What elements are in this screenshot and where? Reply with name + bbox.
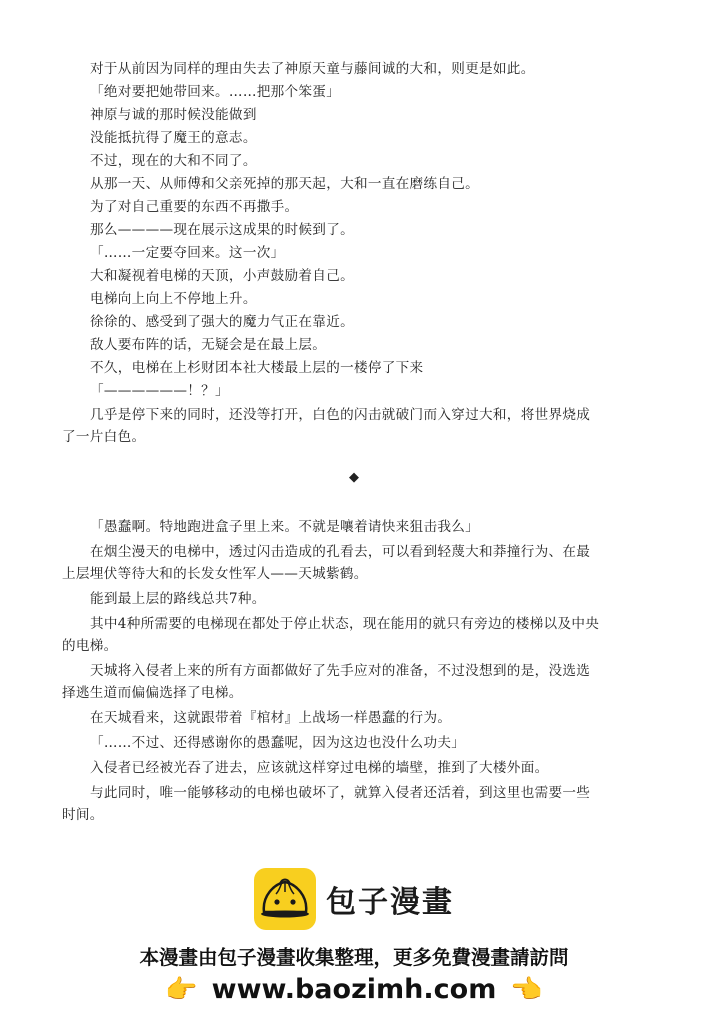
paragraph: 徐徐的、感受到了强大的魔力气正在靠近。	[62, 311, 602, 333]
pointing-right-hand-icon: 👉	[165, 975, 197, 1005]
paragraph: 天城将入侵者上来的所有方面都做好了先手应对的准备，不过没想到的是，没选选择逃生道…	[62, 660, 602, 704]
site-url-link[interactable]: www.baozimh.com	[212, 974, 497, 1005]
pointing-left-hand-icon: 👈	[510, 975, 542, 1005]
paragraph: 「愚蠢啊。特地跑进盒子里上来。不就是嚷着请快来狙击我么」	[62, 516, 602, 538]
section-1: 对于从前因为同样的理由失去了神原天童与藤间诚的大和，则更是如此。 「绝对要把她带…	[62, 58, 602, 449]
paragraph: 能到最上层的路线总共7种。	[62, 588, 602, 610]
paragraph: 敌人要布阵的话，无疑会是在最上层。	[62, 334, 602, 356]
paragraph: 其中4种所需要的电梯现在都处于停止状态，现在能用的就只有旁边的楼梯以及中央的电梯…	[62, 613, 602, 657]
paragraph: 几乎是停下来的同时，还没等打开，白色的闪击就破门而入穿过大和，将世界烧成了一片白…	[62, 404, 602, 448]
paragraph: 在烟尘漫天的电梯中，透过闪击造成的孔看去，可以看到轻蔑大和莽撞行为、在最上层埋伏…	[62, 541, 602, 585]
watermark-footer: 包子漫畫 本漫畫由包子漫畫收集整理，更多免費漫畫請訪問 👉 www.baozim…	[0, 868, 708, 1005]
paragraph: 不久，电梯在上杉财团本社大楼最上层的一楼停了下来	[62, 357, 602, 379]
brand-name: 包子漫畫	[326, 877, 454, 921]
paragraph: 「绝对要把她带回来。……把那个笨蛋」	[62, 81, 602, 103]
paragraph: 电梯向上向上不停地上升。	[62, 288, 602, 310]
paragraph: 入侵者已经被光吞了进去，应该就这样穿过电梯的墙壁，推到了大楼外面。	[62, 757, 602, 779]
paragraph: 在天城看来，这就跟带着『棺材』上战场一样愚蠢的行为。	[62, 707, 602, 729]
paragraph: 不过，现在的大和不同了。	[62, 150, 602, 172]
paragraph: 「……一定要夺回来。这一次」	[62, 242, 602, 264]
paragraph: 「……不过、还得感谢你的愚蠢呢，因为这边也没什么功夫」	[62, 732, 602, 754]
paragraph: 神原与诚的那时候没能做到	[62, 104, 602, 126]
brand: 包子漫畫	[0, 868, 708, 930]
section-separator-diamond: ◆	[0, 470, 708, 485]
paragraph: 为了对自己重要的东西不再撒手。	[62, 196, 602, 218]
paragraph: 大和凝视着电梯的天顶，小声鼓励着自己。	[62, 265, 602, 287]
source-notice: 本漫畫由包子漫畫收集整理，更多免費漫畫請訪問	[0, 942, 708, 970]
paragraph: 没能抵抗得了魔王的意志。	[62, 127, 602, 149]
url-row: 👉 www.baozimh.com 👈	[0, 974, 708, 1005]
section-2: 「愚蠢啊。特地跑进盒子里上来。不就是嚷着请快来狙击我么」 在烟尘漫天的电梯中，透…	[62, 516, 602, 829]
paragraph: 那么————现在展示这成果的时候到了。	[62, 219, 602, 241]
paragraph: 对于从前因为同样的理由失去了神原天童与藤间诚的大和，则更是如此。	[62, 58, 602, 80]
baozi-logo-icon	[254, 868, 316, 930]
paragraph: 与此同时，唯一能够移动的电梯也破坏了，就算入侵者还活着，到这里也需要一些时间。	[62, 782, 602, 826]
paragraph: 「——————！？」	[62, 380, 602, 402]
paragraph: 从那一天、从师傅和父亲死掉的那天起，大和一直在磨练自己。	[62, 173, 602, 195]
